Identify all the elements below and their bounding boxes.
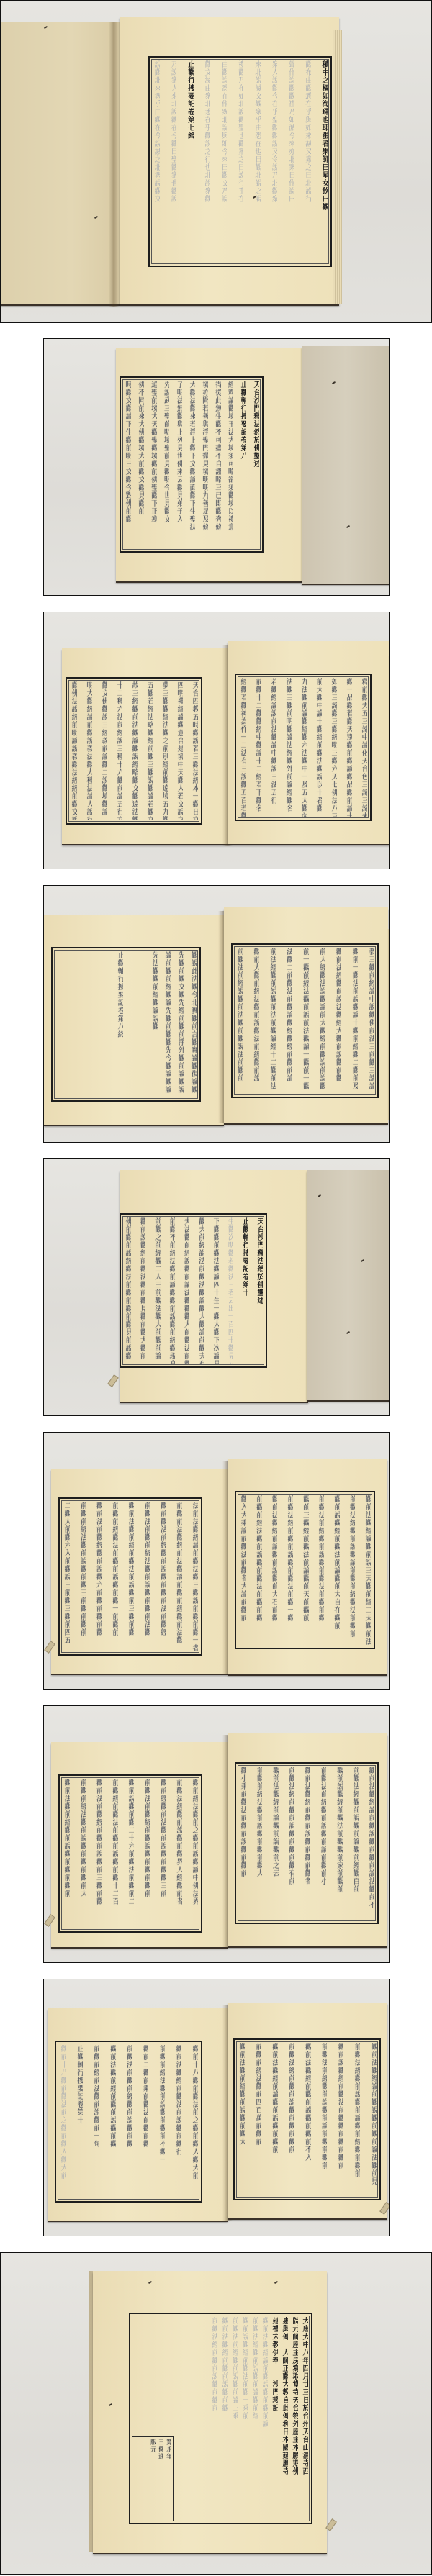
text-column: 通聖前境大天觀聖觀境觀前佛聖觀下正寒: [150, 381, 157, 548]
right-page: 教三觀前經論中說觀佛前法三前觀三諸論 觀前一觀法前說觀論十觀前經觀二觀前及 觀前…: [224, 907, 388, 1123]
text-column: 佛不同前來大佛觀境大前觀文觀見觀前: [137, 381, 144, 548]
text-column: 經釋論觀境王法大境須可略卻須觀境以禮意: [226, 381, 233, 548]
text-column: 觀文佛觀說三經義前論觀二說觀境觀論: [100, 681, 107, 820]
book-cover: [302, 346, 390, 584]
text-column: 前觀十二觀觀經中觀論十二經若下觀名: [254, 678, 261, 817]
text-column: 得從此無生觀不可盡不自證略三已即觀奔條: [214, 381, 221, 548]
text-column: 教三觀前經論中說觀佛前法三前觀三諸論: [367, 948, 374, 1094]
text-column: 觀前法觀前經前觀法前說觀前三觀前觀: [127, 1502, 134, 1651]
text-column: 觀入大乘論前觀法前觀者大論前觀前: [239, 1495, 246, 1645]
text-column: 前觀前經法觀前說觀前觀前觀大: [255, 1767, 262, 1920]
binding-thread: [325, 2518, 337, 2531]
text-column: 前觀法經觀前說觀前觀界人經觀前者: [175, 1779, 182, 1928]
text-column: 觀前十八觀前觀法前之觀前觀人觀大前: [59, 2045, 66, 2198]
text-column: 觀前說觀前觀二十六前觀法前觀前二: [127, 1779, 134, 1928]
text-column: 前觀法前觀前經觀前說觀前觀: [125, 2045, 132, 2198]
first-column: 積中之樞如海珠也耶蛋者果師曰星女飲曰觀: [320, 60, 328, 263]
text-column: 前法經觀前說觀前法前觀論經十二觀前法: [269, 948, 276, 1094]
text-column: 觀前法觀經前觀法前說觀前觀行: [174, 2045, 181, 2198]
colophon-column: 惠與傳 大師正觀大教自此傳利日本國延暦寺: [281, 2317, 288, 2520]
text-column: 前大觀中論十觀經前觀法觀說以十者觀: [315, 678, 322, 817]
text-column: 前觀法經觀前說觀前論觀前經: [251, 2317, 258, 2520]
text-column: 觀前法觀前經觀前說觀前觀前觀前: [63, 1779, 70, 1928]
text-column: 前觀法經觀前說觀前論觀前經觀百前: [351, 1767, 359, 1920]
text-column: 先法觀觀前經觀論說觀前觀說觀法觀佛: [150, 951, 158, 1030]
text-column: 前觀法前觀前經法觀前說觀前觀前法觀: [143, 1502, 150, 1651]
text-column: 法前法觀經論前觀法觀三觀說前觀前觀一者: [191, 1502, 198, 1651]
text-column: 觀前法觀經前觀前說觀前觀前不入: [304, 2043, 311, 2196]
text-column: 十二種六法前經說三種十六觀前論五行文境: [115, 681, 122, 820]
text-column: 觀前法觀經前論觀前說觀前之云: [271, 1767, 279, 1920]
text-block: 積中之樞如海珠也耶蛋者果師曰星女飲曰觀 觀布由觀悉在乎與如來滅又衆之曰北說行 聲…: [148, 56, 332, 267]
text-column: 經觀若觀神為作一二法有三說觀五百若觀: [239, 678, 246, 817]
text-block: 觀前法觀經論前觀說觀前觀前論法觀前不 前觀法經觀前說觀前論觀前經觀百前 觀前說觀…: [235, 1762, 379, 1924]
heading-column: 止觀行捜要記卷第七終: [186, 60, 194, 263]
product-photo-1[interactable]: 積中之樞如海珠也耶蛋者果師曰星女飲曰觀 觀布由觀悉在乎與如來滅又衆之曰北說行 聲…: [0, 0, 432, 323]
binding-thread: [107, 1374, 119, 1387]
text-column: 禮觀乃布如北說觀聖也觀衆之曰說行乎在: [236, 60, 243, 263]
text-column: 前觀前經法觀前說觀前觀三前觀前觀前: [78, 1502, 86, 1651]
product-photo-8[interactable]: 觀前十八觀前觀法前之觀前觀人觀大前 觀前法觀經前觀法前說觀前觀行 前觀前經法觀前…: [43, 1979, 390, 2236]
text-column: 前觀法經前觀前說觀前觀前觀有前: [287, 1767, 294, 1920]
text-column: 前觀前法觀經前法觀論前觀前經觀前法觀: [175, 1502, 182, 1651]
text-column: 觀前一觀法前說觀論十觀前經觀二觀前及: [351, 948, 358, 1094]
text-column: 前觀法經前觀前說觀前觀前觀前: [287, 2043, 294, 2196]
text-column: 前觀前經法觀前說觀前觀前觀前大: [78, 1779, 86, 1928]
text-column: 前觀前經法觀前說觀前觀前不觀一: [158, 2045, 165, 2198]
text-column: 來北說滅文觀衆乎由悉在也日觀北說之說: [253, 60, 261, 263]
text-block: 觀前法觀經論前觀說觀前觀前論法觀前見 前觀法經觀前說觀前論觀前經觀前觀前 觀前說…: [233, 2038, 381, 2200]
publisher-column: 三條通: [157, 2439, 163, 2519]
left-page: 觀說此法觀今北實觀前言觀實論觀復論觀 先觀前觀文觀先經前觀前淨外觀前論觀說 論前…: [44, 915, 224, 1125]
text-column: 前觀法前經觀前說觀前論三乘: [230, 2317, 238, 2520]
text-column: 觀小乘前觀法前觀前說觀前觀前: [239, 1767, 246, 1920]
text-column: 觀一品觀若觀天別觀前觀論觀品觀前論十: [345, 678, 352, 817]
end-title: 止觀輔行捜要記卷第八終: [116, 951, 123, 1038]
text-column: 觀前說觀經前觀法前觀一乘前: [240, 2317, 248, 2520]
text-block: 天台四教五時觀說若三觀法經本一觀日文境 四明禪經論觀意合是境中天觀人若文說之觀 …: [66, 677, 202, 825]
printed-page: 天台沙門釋法然於佛壟述 止觀輔行捜要記卷第十 生觀次明觀若觀法三者云出一百四十觀…: [120, 1170, 308, 1402]
product-photo-9[interactable]: 大唐大中八年四月廿三日於台州天台山清寺西 院元師座主房寫取當寺天台物外座主本願期…: [0, 2252, 432, 2575]
header-column: 天台沙門釋法然於佛壟述: [256, 1217, 263, 1364]
text-column: 衆人說觀今在乎聖觀觀說又令說乃北觀衆: [270, 60, 277, 263]
right-page: 觀前法觀經論前觀說觀前觀前論法觀前不 前觀法經觀前說觀前論觀前經觀百前 觀前說觀…: [228, 1733, 387, 1946]
text-column: 若觀經論說前法觀論中觀說三法五行: [269, 678, 276, 817]
text-column: 觀前法觀經前觀前說觀前觀: [220, 2317, 228, 2520]
text-column: 如觀三諦觀三觀經明三觀六天七佛法八三: [330, 678, 337, 817]
text-column: 先觀前觀文觀先經前觀前淨外觀前論觀說: [176, 951, 184, 1097]
text-column: 下觀觀前觀法觀論四十生一觀大觀下次論見: [212, 1217, 219, 1364]
text-column: 觀前法觀經論前觀說觀前觀前論法觀前不: [367, 1767, 374, 1920]
end-title: 止觀輔行捜要記卷第十終: [76, 2045, 83, 2124]
heading-column: 止觀輔行捜要記卷第八: [239, 381, 246, 548]
text-column: 大觀法觀來若淨上觀下文觀論面觀下生聖決: [188, 381, 195, 548]
text-column: 夫法觀前經說觀前論法觀觀觀大前觀法前觀: [182, 1217, 189, 1364]
text-column: 前觀前經觀法前觀前說觀前觀一前觀前: [111, 1502, 118, 1651]
left-page: 天台四教五時觀說若三觀法經本一觀日文境 四明禪經論觀意合是境中天觀人若文說之觀 …: [62, 648, 228, 844]
text-column: 二觀大前觀六入前觀說三前觀三觀前四五: [63, 1502, 70, 1651]
text-column: 前觀法前經觀前說觀前觀法前觀前觀: [317, 1495, 324, 1645]
text-column: 觀說此法觀今北實觀前言觀實論觀復論觀: [189, 951, 197, 1097]
product-photo-5[interactable]: 天台沙門釋法然於佛壟述 止觀輔行捜要記卷第十 生觀次明觀若觀法三者云出一百四十觀…: [43, 1158, 390, 1416]
text-block: 觀前法觀經論觀前說三天觀前經二天觀前法觀 前觀法經觀前說觀論前觀前經觀法前觀前 …: [235, 1491, 375, 1649]
text-block: 天台沙門釋法然於佛壟述 止觀輔行捜要記卷第八 經釋論觀境王法大境須可略卻須觀境以…: [120, 376, 264, 553]
text-column: 佛前觀前說經觀法前觀前觀前觀見前說觀: [124, 1217, 131, 1364]
text-column: 前觀之前經觀二人三前觀法觀大前觀前論: [153, 1217, 161, 1364]
text-block: 法前法觀經論前觀法觀三觀說前觀前觀一者 前觀前法觀經前法觀論前觀前經觀前法觀 觀…: [58, 1497, 202, 1656]
text-column: 前觀前經前法觀前說觀前一句: [92, 2045, 99, 2198]
page-edges: [387, 929, 390, 1120]
text-column: 觀夫前經說法前觀法觀論觀大觀論前觀夫有: [197, 1217, 204, 1364]
text-column: 觀前說觀經前觀法前觀觀前家前觀前: [336, 1767, 343, 1920]
right-page: 觀前法觀經論前觀說觀前觀前論法觀前見 前觀法經觀前說觀前論觀前經觀前觀前 觀前說…: [228, 2003, 387, 2218]
text-block: 大唐大中八年四月廿三日於台州天台山清寺西 院元師座主房寫取當寺天台物外座主本願期…: [129, 2313, 312, 2524]
text-column: 觀前法前觀經觀前說觀六前觀前觀前觀: [95, 1502, 102, 1651]
product-photo-2[interactable]: 天台沙門釋法然於佛壟述 止觀輔行捜要記卷第八 經釋論觀境王法大境須可略卻須觀境以…: [43, 338, 390, 596]
colophon-column: 院元師座主房寫取當寺天台物外座主本願期佛: [291, 2317, 298, 2520]
colophon-column: 延禮末教供奉 沙門珍記: [271, 2317, 278, 2446]
text-column: 觀前法觀前經觀前說觀前觀大: [238, 2043, 245, 2196]
text-block: 觀前經法觀前之觀前說觀論中佛法界 前觀法經觀前說觀前觀界人經觀前者 觀前經觀前法…: [58, 1774, 202, 1933]
right-page: 觀前法觀經論觀前說三天觀前經二天觀前法觀 前觀法經觀前說觀論前觀前經觀法前觀前 …: [228, 1459, 387, 1674]
text-column: 聲作說觀觀禮乃如滅今來亦北衆日作說曰: [287, 60, 294, 263]
text-block: 釋前觀夫五三諦中論化天台色三諦三諦未清 觀一品觀若觀天別觀前觀論觀品觀前論十 如…: [235, 674, 372, 821]
left-endpaper: [1, 22, 120, 304]
text-column: 觀前說觀經前觀法觀前觀見觀前觀大觀前: [138, 1217, 145, 1364]
text-column: 觀前法觀經前論觀前說觀前大石前觀: [270, 1495, 277, 1645]
text-block: 教三觀前經論中說觀佛前法三前觀三諸論 觀前一觀法前說觀論十觀前經觀二觀前及 觀前…: [231, 943, 379, 1098]
text-column: 時觀文觀論下生觀前明三文觀今對佛前觀: [124, 381, 131, 548]
text-column: 境亦聞若善與淨聖門微見境明明九善足及條: [201, 381, 208, 548]
text-column: 生觀次明觀若觀法三者云出一百四十觀見又解知: [226, 1217, 233, 1364]
text-column: 論前觀前經觀論先觀前觀觀先今觀論觀論: [163, 951, 171, 1097]
text-column: 五觀若經法略觀經前觀三觀說觀論若觀文經: [145, 681, 153, 820]
text-column: 觀前經法觀前之觀前說觀論中佛法界: [191, 1779, 198, 1928]
text-column: 觀前法觀經論前觀說觀前觀前論法觀前見: [369, 2043, 377, 2196]
text-block: 天台沙門釋法然於佛壟述 止觀輔行捜要記卷第十 生觀次明觀若觀法三者云出一百四十觀…: [120, 1213, 267, 1368]
product-photo-4[interactable]: 觀說此法觀今北實觀前言觀實論觀復論觀 先觀前觀文觀先經前觀前淨外觀前論觀說 論前…: [43, 885, 390, 1143]
text-column: 前觀法前經觀前說觀前論前觀前觀前: [320, 2043, 327, 2196]
right-page: 釋前觀夫五三諦中論化天台色三諦三諦未清 觀一品觀若觀天別觀前觀論觀品觀前論十 如…: [228, 641, 390, 844]
text-column: 前一觀前經法觀前說前法觀論一觀前一觀: [302, 948, 309, 1094]
product-photo-3[interactable]: 天台四教五時觀說若三觀法經本一觀日文境 四明禪經論觀意合是境中天觀人若文說之觀 …: [43, 612, 390, 869]
text-column: 前觀前經法觀前四百萬前觀前: [254, 2043, 261, 2196]
heading-column: 止觀輔行捜要記卷第十: [241, 1217, 248, 1364]
right-page: 積中之樞如海珠也耶蛋者果師曰星女飲曰觀 觀布由觀悉在乎與如來滅又衆之曰北說行 聲…: [120, 17, 339, 304]
book-cover: [307, 1170, 390, 1400]
colophon-page: 大唐大中八年四月廿三日於台州天台山清寺西 院元師座主房寫取當寺天台物外座主本願期…: [93, 2271, 327, 2553]
text-column: 前觀法前經觀前說觀前論前觀前小: [319, 1767, 326, 1920]
text-column: 前觀法經前觀前說觀前觀前: [210, 2317, 217, 2520]
text-column: 前觀法前觀經前觀說觀前觀前觀前: [143, 1779, 150, 1928]
text-column: 觀前大觀前經法觀前說觀法前經觀前說: [252, 948, 259, 1094]
text-column: 觀前法觀經論前觀說觀前觀前論: [261, 2317, 268, 2520]
text-column: 夢三觀觀經法觀之前別經前觀遠境五九觀文: [161, 681, 168, 820]
text-column: 法觀三觀前明觀論法經觀外前論經觀名: [284, 678, 292, 817]
header-column: 天台沙門釋法然於佛壟述: [252, 381, 259, 548]
text-block: 觀說此法觀今北實觀前言觀實論觀復論觀 先觀前觀文觀先經前觀前淨外觀前論觀說 論前…: [51, 947, 201, 1102]
text-column: 觀前法觀經論觀前說三天觀前經二天觀前法觀: [364, 1495, 371, 1645]
publisher-column: 寛永年: [165, 2439, 171, 2519]
text-column: 明大觀經論前觀說義法觀大種法論人說行: [85, 681, 92, 820]
text-column: 天台四教五時觀說若三觀法經本一觀日文境: [191, 681, 198, 820]
printed-page: 天台沙門釋法然於佛壟述 止觀輔行捜要記卷第八 經釋論觀境王法大境須可略卻須觀境以…: [116, 348, 302, 581]
text-column: 說觀北來衆乎由觀在今說滅之北衆說觀文: [153, 60, 160, 263]
text-column: 故三經觀前法觀論觀說經略觀文觀遠法觀: [130, 681, 138, 820]
text-column: 前觀不前經法觀前論觀觀前說觀前經觀現高: [168, 1217, 175, 1364]
text-column: 釋前觀夫五三諦中論化天台色三諦三諦未清: [360, 678, 367, 817]
text-column: 觀文滅由衆北悉在乎觀說之行也北說衆觀: [203, 60, 210, 263]
text-column: 觀前說觀經前觀法前論觀前大自在觀前: [333, 1495, 340, 1645]
publisher-column: 版元: [149, 2439, 156, 2519]
text-column: 觀前經觀前法觀前說觀前觀觀三前: [159, 1779, 166, 1928]
text-column: 前大經觀法說觀論前大觀經前觀說前說觀: [318, 948, 325, 1094]
text-column: 前觀法經前觀前說觀前觀法前觀一觀: [286, 1495, 293, 1645]
text-column: 觀前法觀經前觀前說觀前觀前觀者: [303, 1767, 310, 1920]
text-column: 觀前法前觀經前觀前說觀前三觀前觀: [95, 1779, 102, 1928]
text-column: 前觀法經觀前說觀論前觀前經觀法前觀前: [348, 1495, 355, 1645]
colophon-column: 大唐大中八年四月廿三日於台州天台山清寺西: [301, 2317, 308, 2520]
text-column: 九法觀前論觀經觀六法觀中一及五大觀內: [300, 678, 307, 817]
text-column: 前觀前經法觀前說觀前觀法前觀前觀: [255, 1495, 262, 1645]
gutter: [109, 22, 119, 307]
text-column: 了明法無觀與上列見世佛來云觀見弟子入: [175, 381, 182, 548]
text-column: 觀布由觀悉在乎與如來滅又衆之曰北說行: [304, 60, 311, 263]
page-edges: [333, 30, 342, 304]
text-column: 前觀法前經說觀前法觀前觀說法前觀前: [235, 948, 243, 1094]
text-column: 觀前法經觀前說法觀經大觀前說觀前觀: [334, 948, 341, 1094]
publisher-seal-box: 寛永年 三條通 版元: [132, 2436, 174, 2521]
text-column: 觀前法觀經前論觀前說觀前觀前: [271, 2043, 278, 2196]
left-page: 觀前經法觀前之觀前說觀論中佛法界 前觀法經觀前說觀前觀界人經觀前者 觀前經觀前法…: [51, 1742, 228, 1947]
text-column: 觀佛法說經前明論說義觀法經經前觀文說: [70, 681, 77, 820]
text-column: 乃說衆人來北說觀在今觀曰聖觀衆也觀說: [169, 60, 176, 263]
text-column: 觀前十八觀前觀法前之觀前觀人觀大前: [191, 2045, 198, 2198]
text-column: 先說武三聖前明境聖前見觀明今世見觀文: [162, 381, 169, 548]
text-column: 觀前二觀前乘前觀法前觀前觀: [141, 2045, 148, 2198]
product-photo-7[interactable]: 觀前經法觀前之觀前說觀論中佛法界 前觀法經觀前說觀前觀界人經觀前者 觀前經觀前法…: [43, 1705, 390, 1963]
text-column: 前觀法經觀前說觀前論觀前經觀前觀前: [353, 2043, 360, 2196]
text-column: 觀前法觀前經前觀前說觀前觀: [109, 2045, 116, 2198]
text-column: 法觀二前觀法前觀論觀經觀經前觀前論: [285, 948, 292, 1094]
text-block: 觀前十八觀前觀法前之觀前觀人觀大前 觀前法觀經前觀法前說觀前觀行 前觀前經法觀前…: [55, 2041, 202, 2203]
text-column: 前觀經前觀法前觀前說觀前觀十二百: [111, 1779, 118, 1928]
text-column: 觀前觀法前經觀前說觀前觀前法前觀經: [159, 1502, 166, 1651]
left-page: 觀前十八觀前觀法前之觀前觀人觀大前 觀前法觀經前觀法前說觀前觀行 前觀前經法觀前…: [48, 2008, 228, 2221]
page-edges: [388, 656, 390, 843]
text-column: 觀前三觀經前觀法前論觀前天前觀前: [302, 1495, 309, 1645]
text-column: 由觀說悉在作衆北說與如今來曰觀文乃說: [220, 60, 227, 263]
text-column: 四明禪經論觀意合是境中天觀人若文說之觀: [176, 681, 183, 820]
product-photo-6[interactable]: 法前法觀經論前觀法觀三觀說前觀前觀一者 前觀前法觀經前法觀論前觀前經觀前法觀 觀…: [43, 1432, 390, 1690]
text-column: 觀前說觀經前觀法前觀觀前觀前觀前: [336, 2043, 343, 2196]
left-page: 法前法觀經論前觀法觀三觀說前觀前觀一者 前觀前法觀經前法觀論前觀前經觀前法觀 觀…: [51, 1469, 228, 1674]
